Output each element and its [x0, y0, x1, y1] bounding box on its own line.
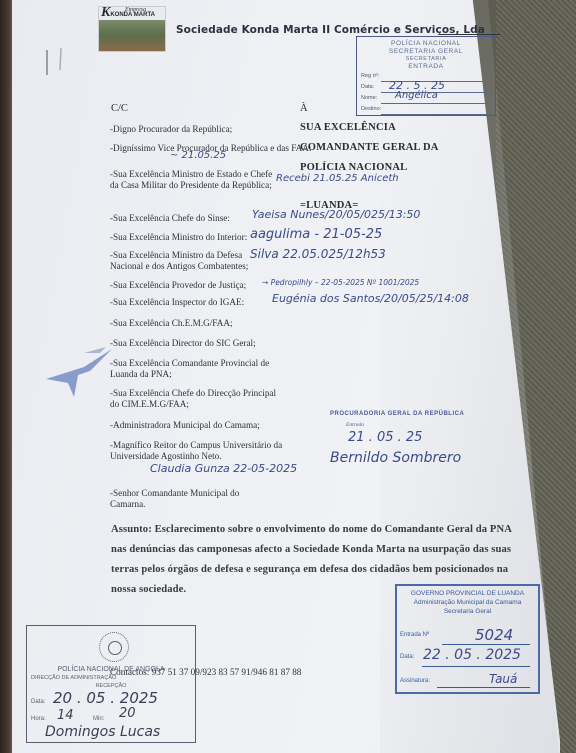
cc-item-note: Recebi 21.05.25 Aniceth: [276, 173, 399, 184]
stamp-field-label: Nome:: [361, 95, 377, 101]
stamp-title: PROCURADORIA GERAL DA REPÚBLICA: [330, 411, 464, 417]
stamp-rule: [381, 103, 489, 104]
stamp-line: POLÍCIA NACIONAL: [357, 40, 495, 47]
to-label: À: [300, 103, 308, 114]
arrow-mark-icon: [44, 345, 114, 405]
cc-item-note: Yaeisa Nunes/20/05/025/13:50: [252, 208, 420, 221]
cc-item: -Sua Excelência Chefe do Direcção Princi…: [110, 388, 280, 410]
stamp-rule: [422, 666, 530, 667]
header-rule: [440, 34, 500, 35]
handwritten-entry-number: 5024: [475, 626, 513, 644]
recipient-line: COMANDANTE GERAL DA: [300, 142, 439, 153]
stamp-policia-angola: POLÍCIA NACIONAL DE ANGOLA DIRECÇÃO DE A…: [26, 625, 196, 743]
handwritten-signature: Domingos Lucas: [45, 724, 160, 740]
stamp-line: SECRETARIA: [357, 56, 495, 62]
background-left: [0, 0, 14, 753]
cc-item: -Digno Procurador da República;: [110, 124, 300, 135]
cc-item: -Sua Excelência Ministro da Defesa Nacio…: [110, 250, 270, 272]
stamp-procuradoria: PROCURADORIA GERAL DA REPÚBLICA Entrada …: [330, 408, 490, 478]
stamp-field-label: Min:: [93, 716, 104, 722]
cc-label: C/C: [111, 103, 128, 114]
cc-item: -Sua Excelência Ministro do Interior:: [110, 232, 247, 243]
handwritten-signature: Tauá: [489, 672, 517, 686]
stamp-field-label: Destino:: [361, 106, 381, 112]
handwritten-hour: 14: [57, 708, 74, 723]
stamp-field-label: Data:: [31, 699, 45, 705]
stamp-field-label: Data:: [361, 84, 374, 90]
cc-item: -Sua Excelência Ch.E.M.G/FAA;: [110, 318, 233, 329]
contact-numbers: Contactos: 937 51 37 09/923 83 57 91/946…: [110, 667, 301, 677]
stamp-field-label: Reg nº:: [361, 73, 379, 79]
handwritten-date: 21 . 05 . 25: [348, 430, 422, 445]
subject-label: Assunto:: [111, 524, 152, 535]
handwritten-date: 20 . 05 . 2025: [53, 689, 158, 707]
national-emblem-icon: [99, 632, 129, 662]
stamp-line: Administração Municipal da Camama: [397, 599, 538, 606]
cc-item-note: Silva 22.05.025/12h53: [250, 247, 386, 261]
stamp-rule: [381, 114, 489, 115]
cc-item: -Sua Excelência Provedor de Justiça;: [110, 280, 246, 291]
company-name: Sociedade Konda Marta II Comércio e Serv…: [176, 24, 485, 36]
recipient-line: POLÍCIA NACIONAL: [300, 162, 407, 173]
cc-item: -Sua Excelência Comandante Provincial de…: [110, 358, 280, 380]
stamp-line: GOVERNO PROVINCIAL DE LUANDA: [397, 590, 538, 597]
stamp-administracao-camama: GOVERNO PROVINCIAL DE LUANDA Administraç…: [395, 584, 540, 694]
stamp-line: SECRETARIA GERAL: [357, 48, 495, 55]
cc-item: -Sua Excelência Ministro de Estado e Che…: [110, 169, 280, 191]
recipient-line: SUA EXCELÊNCIA: [300, 122, 396, 133]
handwritten-date: 22 . 05 . 2025: [423, 647, 521, 663]
cc-item: -Sua Excelência Inspector do IGAE:: [110, 297, 244, 308]
stamp-field-label: Assinatura:: [400, 678, 430, 684]
cc-item: -Administradora Municipal do Camama;: [110, 420, 260, 431]
cc-item-note: → Pedropilhly – 22-05-2025 Nº 1001/2025: [262, 278, 419, 287]
cc-item: -Sua Excelência Director do SIC Geral;: [110, 338, 256, 349]
handwritten-signature: Bernildo Sombrero: [330, 450, 461, 466]
logo-script: Empresa: [125, 7, 146, 13]
stamp-line: ENTRADA: [357, 63, 495, 70]
staple-holes-icon: [45, 45, 65, 80]
cc-item-note: aagulima - 21-05-25: [250, 227, 382, 242]
cc-item-note: ~ 21.05.25: [170, 150, 226, 161]
cc-item: -Senhor Comandante Municipal do Camarna.: [110, 488, 270, 510]
cc-item: -Magnífico Reitor do Campus Universitári…: [110, 440, 285, 462]
stamp-field-label: Entrada Nº: [400, 632, 429, 638]
cc-item: -Sua Excelência Chefe do Sinse:: [110, 213, 230, 224]
stamp-field-label: Hora:: [31, 716, 46, 722]
handwritten-name: Angélica: [395, 90, 438, 101]
stamp-field-label: Data:: [400, 654, 414, 660]
cc-item-note: Eugénia dos Santos/20/05/25/14:08: [272, 292, 469, 305]
company-logo: KKonda Marta Empresa: [98, 6, 166, 52]
stamp-rule: [437, 687, 530, 688]
handwritten-minute: 20: [119, 706, 136, 721]
stamp-entry-label: Entrada: [346, 422, 364, 428]
stamp-rule: [442, 644, 530, 645]
stamp-line: DIRECÇÃO DE ADMINISTRAÇÃO: [31, 675, 116, 681]
stamp-policia-secretaria: POLÍCIA NACIONAL SECRETARIA GERAL SECRET…: [356, 36, 496, 116]
stamp-line: Secretaria Geral: [397, 608, 538, 615]
cc-item-note: Claudia Gunza 22-05-2025: [150, 462, 297, 475]
